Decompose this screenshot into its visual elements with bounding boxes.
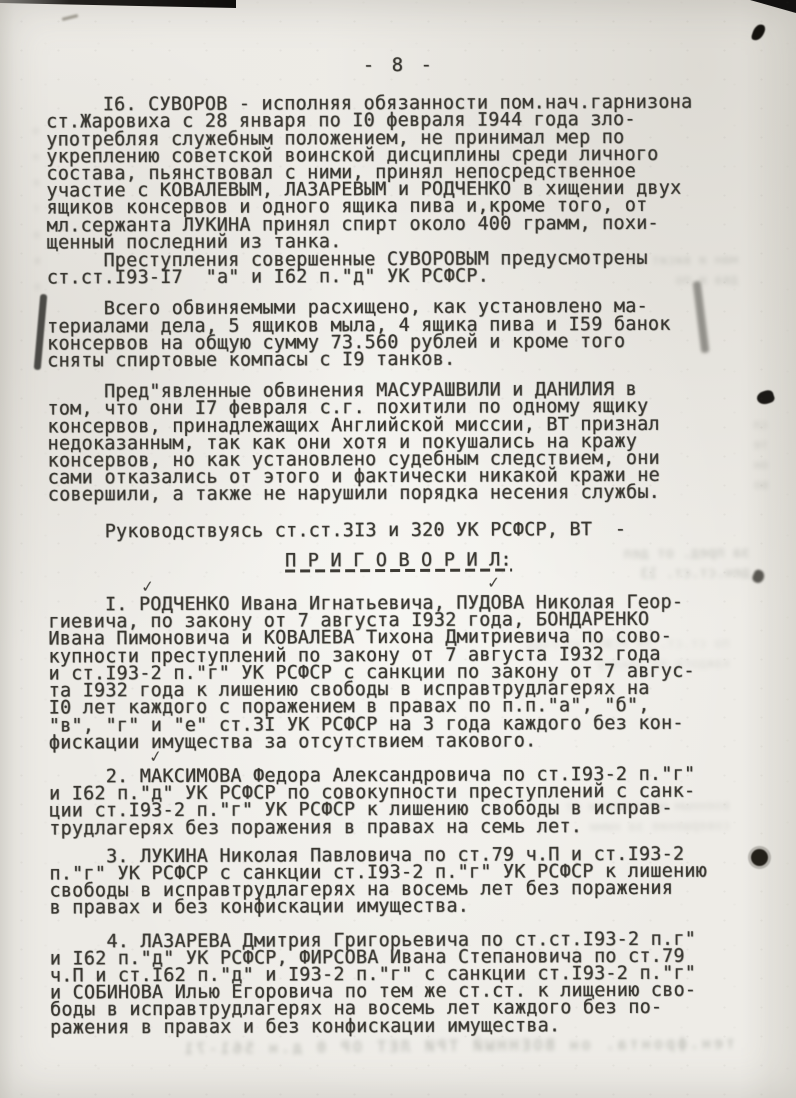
verdict-item-3: 3. ЛУКИНА Николая Павловича по ст.79 ч.П… xyxy=(49,845,755,917)
scanned-document-page: тен.фронта. он ВОЕННЫЙ ТРИ ЛЕТ ОР 0 д.н … xyxy=(0,0,796,1098)
paragraph-crimes-statutes: Преступления совершенные СУВОРОВЫМ преду… xyxy=(47,249,753,286)
ink-blot-top-right xyxy=(751,23,767,43)
verdict-item-2: 2. МАКСИМОВА Федора Александровича по ст… xyxy=(49,765,755,837)
paragraph-total-stolen: Всего обвиняемыми расхищено, как установ… xyxy=(47,298,753,370)
paragraph-suvorov-charges: I6. СУВОРОВ - исполняя обязанности пом.н… xyxy=(46,94,753,252)
scan-top-edge-shadow xyxy=(0,0,236,8)
verdict-heading-row: П Р И Г О В О Р И Л: xyxy=(48,550,754,573)
scan-corner-shadow xyxy=(750,0,796,13)
verdict-item-4: 4. ЛАЗАРЕВА Дмитрия Григорьевича по ст.с… xyxy=(50,930,756,1036)
margin-emphasis-line-left xyxy=(34,294,48,370)
line-guided-by-statutes: Руководствуясь ст.ст.3I3 и 320 УК РСФСР,… xyxy=(48,520,754,540)
pencil-dash-top-left xyxy=(62,14,78,21)
paragraph-masurashvili-danilia: Пред"явленные обвинения МАСУРАШВИЛИ и ДА… xyxy=(47,381,754,505)
verdict-heading: П Р И Г О В О Р И Л: xyxy=(285,551,512,572)
verdict-item-1: I. РОДЧЕНКО Ивана Игнатьевича, ПУДОВА Ни… xyxy=(48,594,755,752)
document-text: - 8 - I6. СУВОРОВ - исполняя обязанности… xyxy=(46,48,756,1036)
page-number: - 8 - xyxy=(46,55,752,75)
ink-blot-right-1 xyxy=(755,389,775,407)
bleedthrough-text-left-column: о н е т а в о xyxy=(1,118,41,300)
